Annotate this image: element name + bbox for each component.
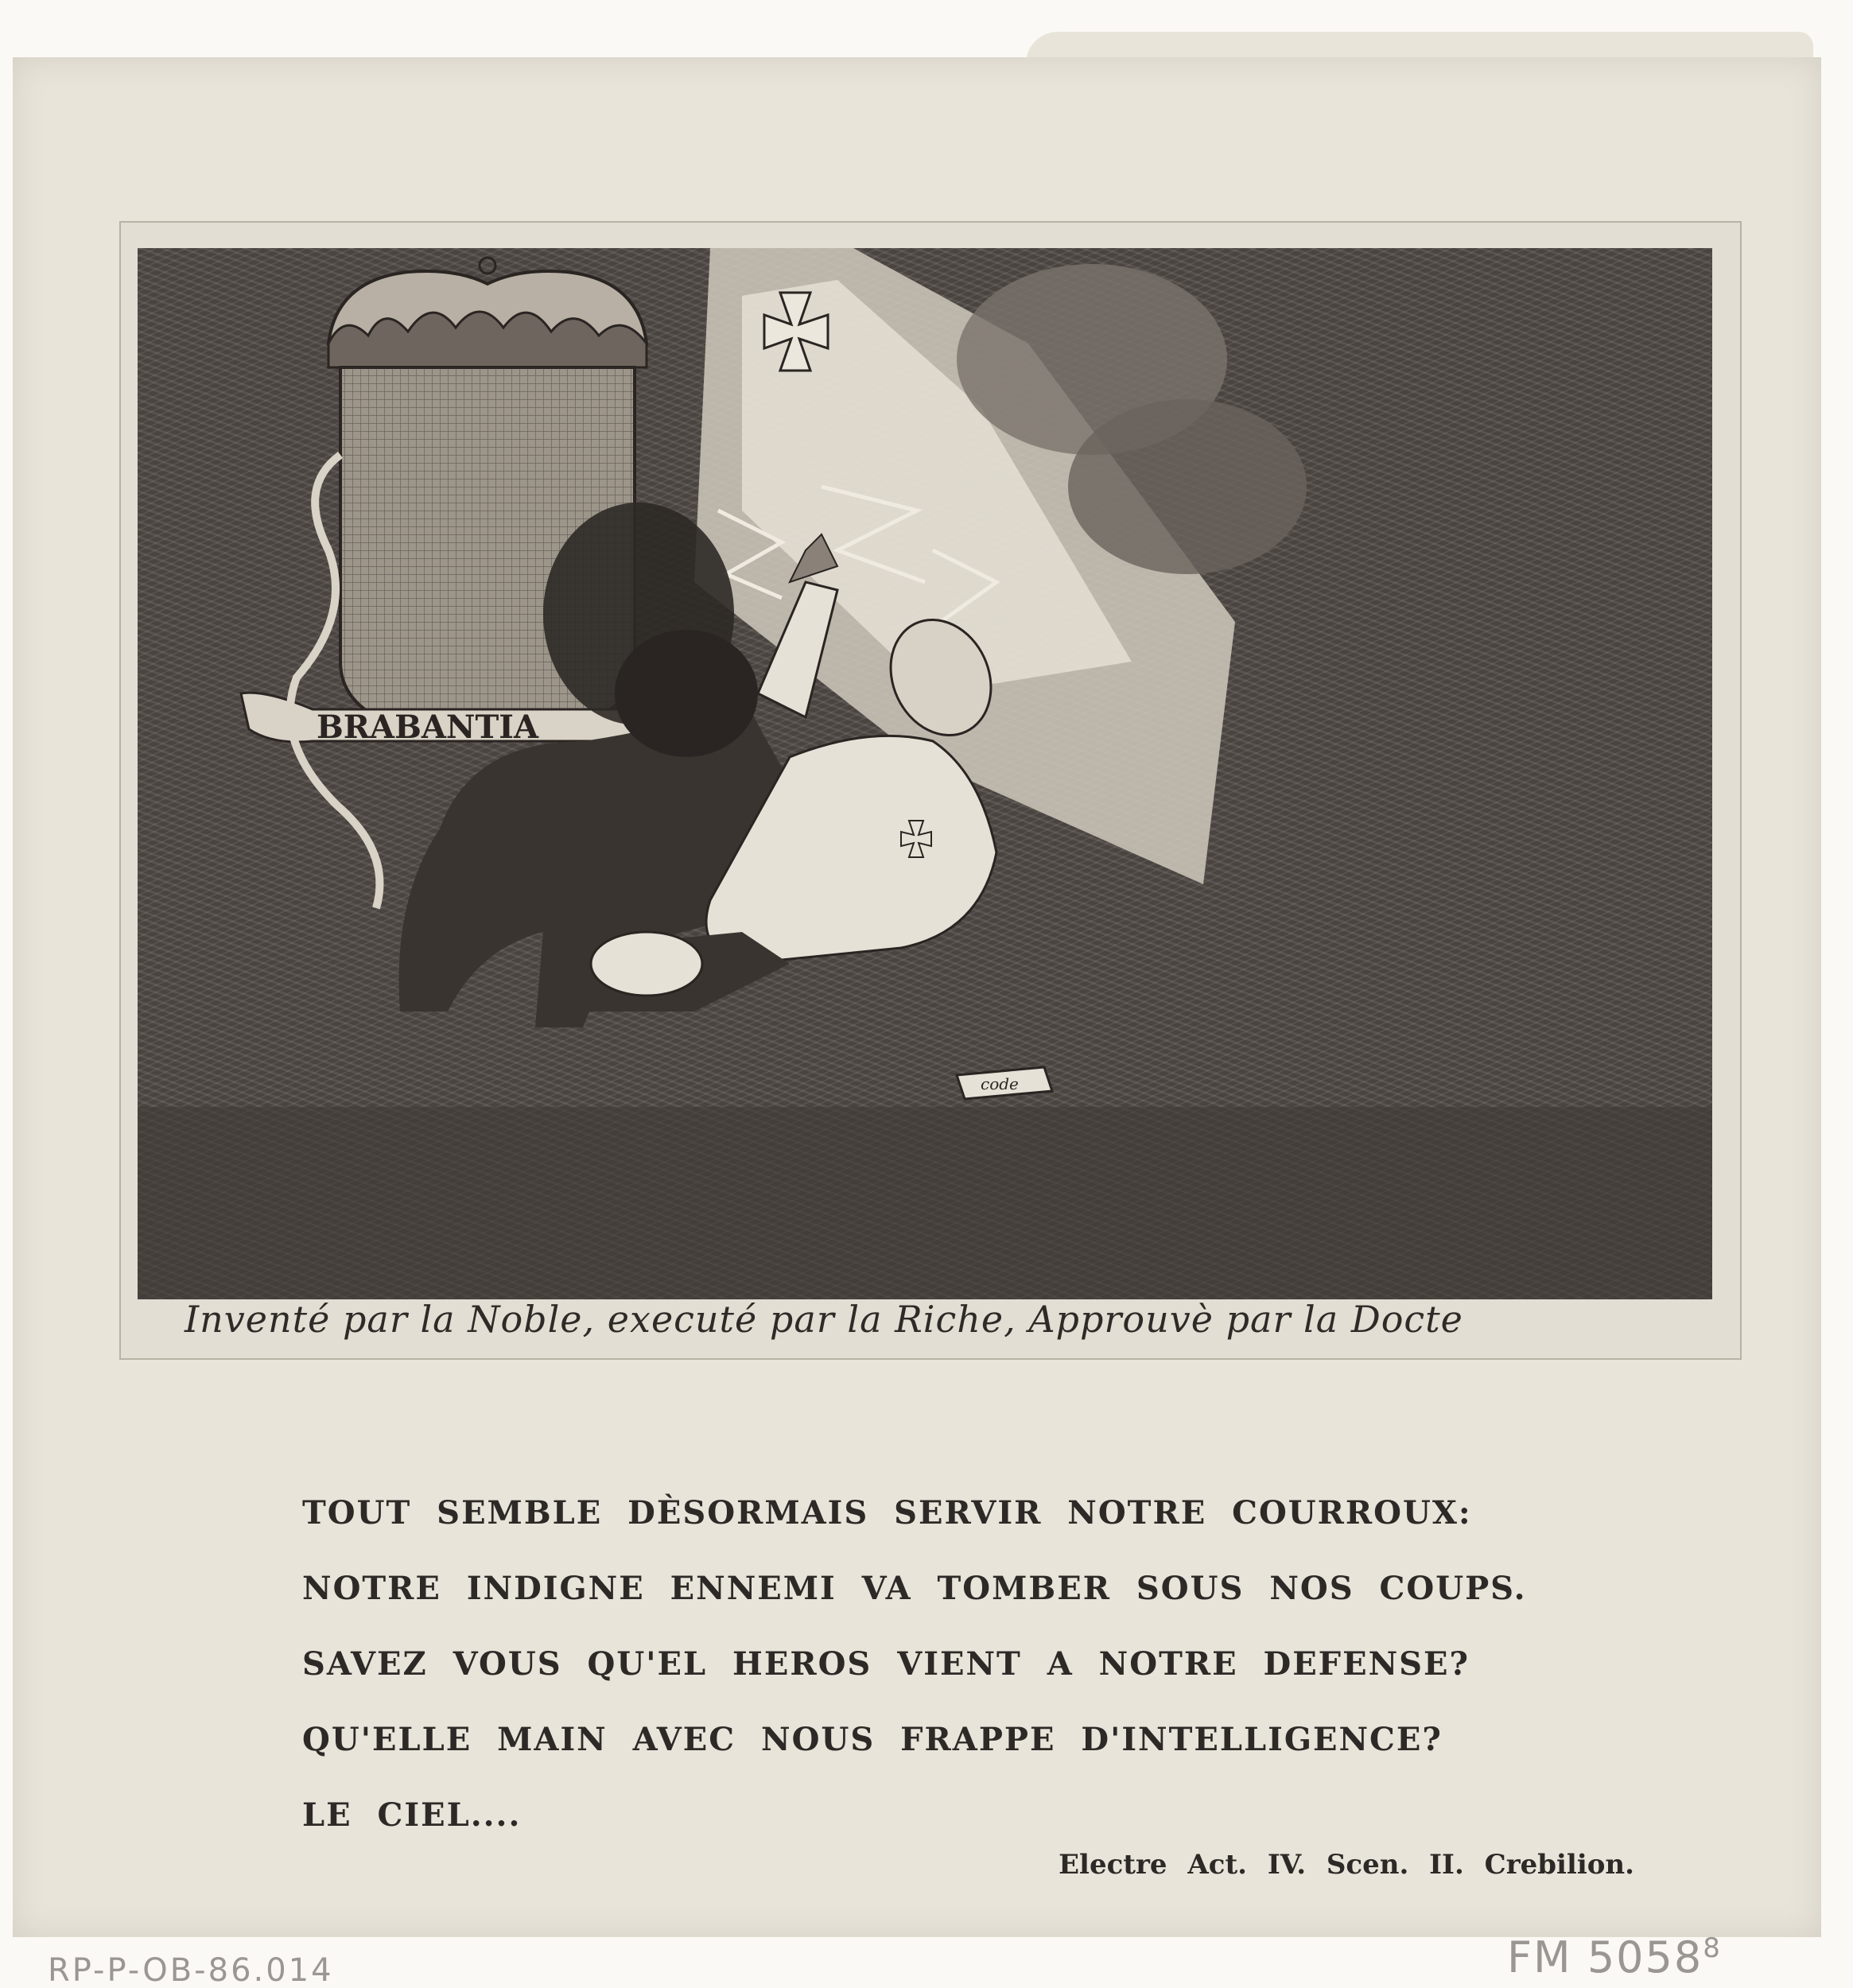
man-knee bbox=[591, 932, 702, 996]
pencil-mark-sup: 8 bbox=[1703, 1932, 1722, 1964]
book: code bbox=[957, 1067, 1052, 1099]
banner-text: BRABANTIA bbox=[317, 709, 539, 746]
verse-block: TOUT SEMBLE DÈSORMAIS SERVIR NOTRE COURR… bbox=[302, 1475, 1614, 1853]
etching-illustration: BRABANTIA code bbox=[138, 248, 1712, 1299]
cloud bbox=[1068, 399, 1307, 574]
verse-attribution: Electre Act. IV. Scen. II. Crebilion. bbox=[1059, 1849, 1634, 1881]
pencil-mark: FM 5058 bbox=[1507, 1932, 1703, 1982]
etching-caption: Inventé par la Noble, executé par la Ric… bbox=[185, 1298, 1664, 1341]
ground bbox=[138, 1107, 1712, 1299]
verse-line: LE CIEL.... bbox=[302, 1777, 1614, 1853]
verse-line: QU'ELLE MAIN AVEC NOUS FRAPPE D'INTELLIG… bbox=[302, 1702, 1614, 1777]
verse-line: NOTRE INDIGNE ENNEMI VA TOMBER SOUS NOS … bbox=[302, 1551, 1614, 1626]
etching-image: BRABANTIA code bbox=[138, 248, 1712, 1299]
verse-line: TOUT SEMBLE DÈSORMAIS SERVIR NOTRE COURR… bbox=[302, 1475, 1614, 1551]
pencil-annotation: FM 50588 bbox=[1507, 1932, 1722, 1982]
inventory-number: RP-P-OB-86.014 bbox=[48, 1952, 334, 1988]
verse-line: SAVEZ VOUS QU'EL HEROS VIENT A NOTRE DEF… bbox=[302, 1626, 1614, 1702]
svg-text:code: code bbox=[981, 1074, 1019, 1093]
